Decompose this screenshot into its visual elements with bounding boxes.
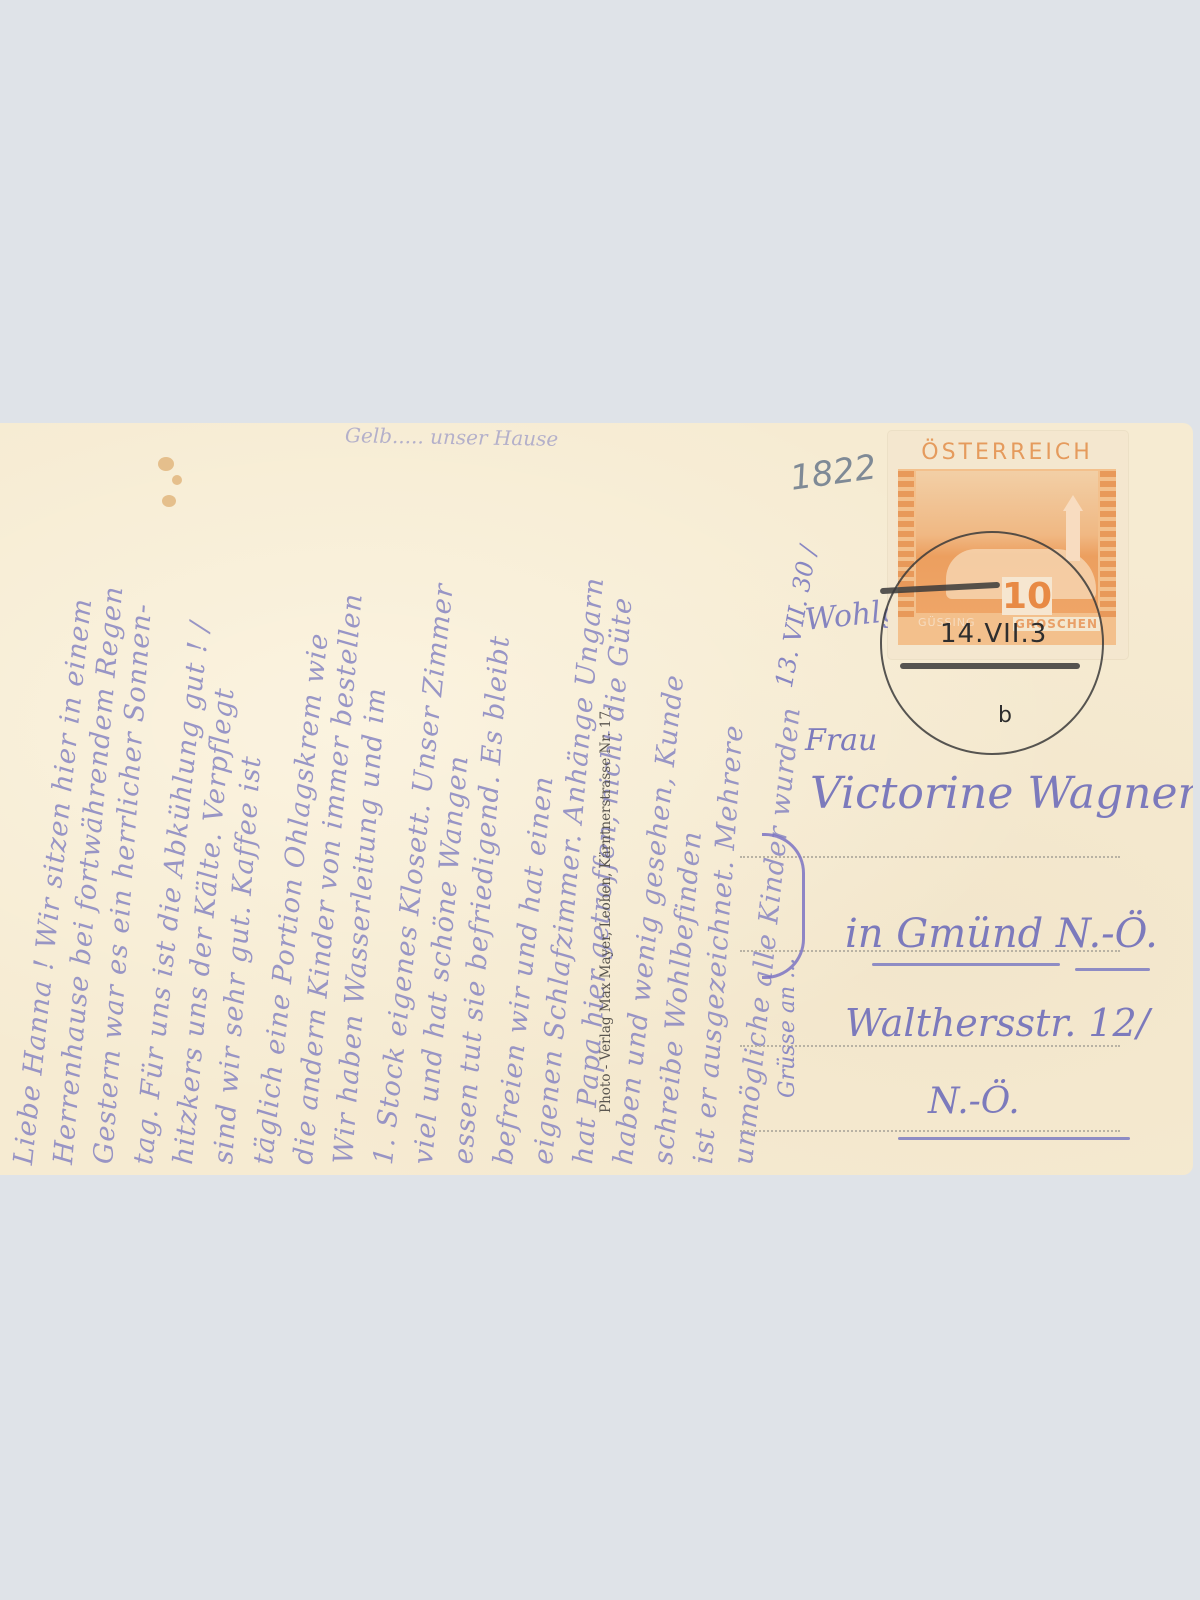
region-underline bbox=[1075, 968, 1150, 971]
region-underline-2 bbox=[898, 1137, 1130, 1140]
stamp-border-right bbox=[1100, 471, 1116, 617]
stamp-country: ÖSTERREICH bbox=[898, 437, 1116, 469]
city-underline bbox=[872, 963, 1060, 966]
address-name: Victorine Wagner, bbox=[810, 768, 1193, 819]
side-note: Grüsse an ... bbox=[775, 958, 800, 1098]
foxing-stains bbox=[150, 453, 210, 533]
address-salutation: Frau bbox=[805, 723, 877, 758]
publisher-imprint: Photo - Verlag Max Mayer, Leoben, Kärntn… bbox=[598, 707, 614, 1113]
address-street: Walthersstr. 12/ bbox=[845, 1001, 1150, 1045]
postmark-code: b bbox=[998, 703, 1012, 728]
church-tower-icon bbox=[1066, 511, 1080, 561]
address-region: N.-Ö. bbox=[928, 1081, 1020, 1122]
address-line-4 bbox=[740, 1130, 1120, 1132]
postmark-bar-bottom bbox=[900, 663, 1080, 669]
archive-number: 1822 bbox=[788, 447, 879, 499]
postcard-back: Gelb..... unser Hause Liebe Hanna ! Wir … bbox=[0, 423, 1193, 1175]
address-city: in Gmünd N.-Ö. bbox=[845, 911, 1158, 957]
postmark-date: 14.VII.3 bbox=[940, 619, 1047, 649]
top-margin-note: Gelb..... unser Hause bbox=[345, 423, 559, 451]
